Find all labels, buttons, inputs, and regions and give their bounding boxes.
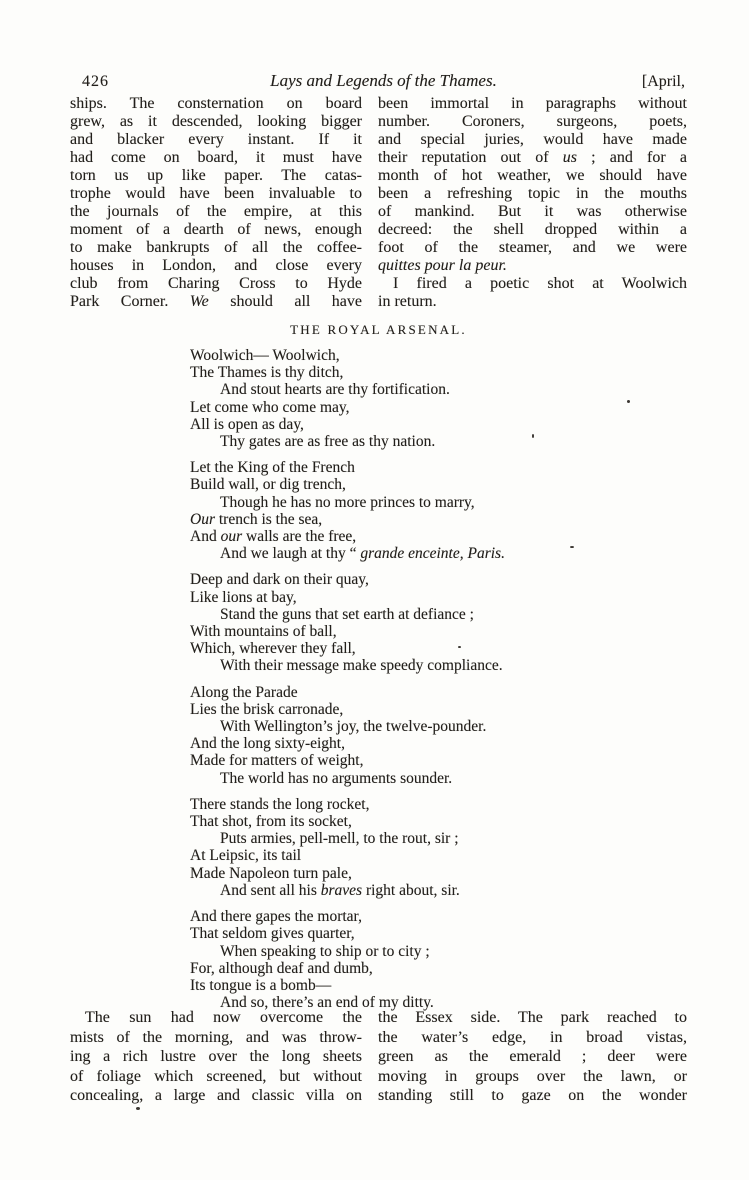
- poem-stanza: And there gapes the mortar,That seldom g…: [190, 908, 585, 1011]
- ink-speck: [458, 646, 461, 648]
- poem-line: And there gapes the mortar,: [190, 908, 585, 925]
- poem-line: And the long sixty-eight,: [190, 735, 585, 752]
- top-left-column: ships. The consternation on boardgrew, a…: [70, 95, 362, 311]
- text-line: mists of the morning, and was throw-: [70, 1028, 362, 1048]
- poem-line: At Leipsic, its tail: [190, 847, 585, 864]
- poem-line: Woolwich— Woolwich,: [190, 347, 585, 364]
- poem-line: Made Napoleon turn pale,: [190, 865, 585, 882]
- poem: Woolwich— Woolwich,The Thames is thy dit…: [190, 347, 585, 1020]
- text-line: of mankind. But it was otherwise: [378, 203, 687, 221]
- poem-stanza: Let the King of the FrenchBuild wall, or…: [190, 459, 585, 562]
- page-number: 426: [82, 73, 177, 91]
- bottom-left-column: The sun had now overcome themists of the…: [70, 1008, 362, 1106]
- text-line: been a refreshing topic in the mouths: [378, 185, 687, 203]
- poem-line: For, although deaf and dumb,: [190, 960, 585, 977]
- poem-line: And stout hearts are thy fortification.: [190, 381, 585, 398]
- text-line: torn us up like paper. The catas-: [70, 167, 362, 185]
- poem-line: With their message make speedy complianc…: [190, 657, 585, 674]
- bottom-right-column: the Essex side. The park reached tothe w…: [378, 1008, 687, 1106]
- poem-line: Thy gates are as free as thy nation.: [190, 433, 585, 450]
- poem-line: Let come who come may,: [190, 399, 585, 416]
- poem-line: Its tongue is a bomb—: [190, 977, 585, 994]
- issue-date-label: [April,: [590, 73, 685, 91]
- poem-line: And our walls are the free,: [190, 528, 585, 545]
- text-line: Park Corner. We should all have: [70, 293, 362, 311]
- poem-stanza: Along the ParadeLies the brisk carronade…: [190, 684, 585, 787]
- text-line: quittes pour la peur.: [378, 257, 687, 275]
- text-line: and blacker every instant. If it: [70, 131, 362, 149]
- ink-speck: [136, 1107, 140, 1110]
- text-line: of foliage which screened, but without: [70, 1067, 362, 1087]
- text-line: foot of the steamer, and we were: [378, 239, 687, 257]
- poem-line: There stands the long rocket,: [190, 796, 585, 813]
- text-line: the journals of the empire, at this: [70, 203, 362, 221]
- text-line: and special juries, would have made: [378, 131, 687, 149]
- poem-line: When speaking to ship or to city ;: [190, 943, 585, 960]
- text-line: number. Coroners, surgeons, poets,: [378, 113, 687, 131]
- text-line: grew, as it descended, looking bigger: [70, 113, 362, 131]
- text-line: in return.: [378, 293, 687, 311]
- poem-line: Along the Parade: [190, 684, 585, 701]
- poem-line: Build wall, or dig trench,: [190, 476, 585, 493]
- poem-line: Like lions at bay,: [190, 589, 585, 606]
- running-title: Lays and Legends of the Thames.: [177, 71, 590, 91]
- poem-line: Lies the brisk carronade,: [190, 701, 585, 718]
- poem-line: With mountains of ball,: [190, 623, 585, 640]
- poem-line: Made for matters of weight,: [190, 752, 585, 769]
- text-line: their reputation out of us ; and for a: [378, 149, 687, 167]
- poem-line: Deep and dark on their quay,: [190, 571, 585, 588]
- text-line: the water’s edge, in broad vistas,: [378, 1028, 687, 1048]
- text-line: to make bankrupts of all the coffee-: [70, 239, 362, 257]
- poem-line: Our trench is the sea,: [190, 511, 585, 528]
- poem-line: With Wellington’s joy, the twelve-pounde…: [190, 718, 585, 735]
- poem-stanza: Deep and dark on their quay,Like lions a…: [190, 571, 585, 674]
- text-line: ships. The consternation on board: [70, 95, 362, 113]
- text-line: green as the emerald ; deer were: [378, 1047, 687, 1067]
- text-line: moving in groups over the lawn, or: [378, 1067, 687, 1087]
- text-line: I fired a poetic shot at Woolwich: [378, 275, 687, 293]
- text-line: concealing, a large and classic villa on: [70, 1086, 362, 1106]
- bottom-text-block: The sun had now overcome themists of the…: [70, 1008, 687, 1106]
- text-line: ing a rich lustre over the long sheets: [70, 1047, 362, 1067]
- poem-heading: THE ROYAL ARSENAL.: [70, 322, 687, 338]
- text-line: moment of a dearth of news, enough: [70, 221, 362, 239]
- poem-line: And sent all his braves right about, sir…: [190, 882, 585, 899]
- ink-speck: [627, 400, 630, 403]
- text-line: trophe would have been invaluable to: [70, 185, 362, 203]
- book-page: 426 Lays and Legends of the Thames. [Apr…: [0, 0, 749, 1180]
- poem-line: Stand the guns that set earth at defianc…: [190, 606, 585, 623]
- poem-line: All is open as day,: [190, 416, 585, 433]
- ink-speck: [532, 434, 534, 438]
- poem-line: And we laugh at thy “ grande enceinte, P…: [190, 545, 585, 562]
- top-right-column: been immortal in paragraphs withoutnumbe…: [378, 95, 687, 311]
- running-header: 426 Lays and Legends of the Thames. [Apr…: [82, 71, 685, 91]
- poem-line: That seldom gives quarter,: [190, 925, 585, 942]
- poem-stanza: There stands the long rocket,That shot, …: [190, 796, 585, 899]
- poem-line: Let the King of the French: [190, 459, 585, 476]
- poem-line: The world has no arguments sounder.: [190, 770, 585, 787]
- text-line: The sun had now overcome the: [70, 1008, 362, 1028]
- poem-line: Though he has no more princes to marry,: [190, 494, 585, 511]
- poem-line: Puts armies, pell-mell, to the rout, sir…: [190, 830, 585, 847]
- text-line: month of hot weather, we should have: [378, 167, 687, 185]
- poem-stanza: Woolwich— Woolwich,The Thames is thy dit…: [190, 347, 585, 450]
- text-line: decreed: the shell dropped within a: [378, 221, 687, 239]
- text-line: standing still to gaze on the wonder: [378, 1086, 687, 1106]
- text-line: been immortal in paragraphs without: [378, 95, 687, 113]
- text-line: had come on board, it must have: [70, 149, 362, 167]
- poem-line: That shot, from its socket,: [190, 813, 585, 830]
- poem-line: The Thames is thy ditch,: [190, 364, 585, 381]
- text-line: houses in London, and close every: [70, 257, 362, 275]
- top-text-block: ships. The consternation on boardgrew, a…: [70, 95, 687, 311]
- text-line: the Essex side. The park reached to: [378, 1008, 687, 1028]
- ink-speck: [570, 546, 574, 548]
- poem-line: Which, wherever they fall,: [190, 640, 585, 657]
- text-line: club from Charing Cross to Hyde: [70, 275, 362, 293]
